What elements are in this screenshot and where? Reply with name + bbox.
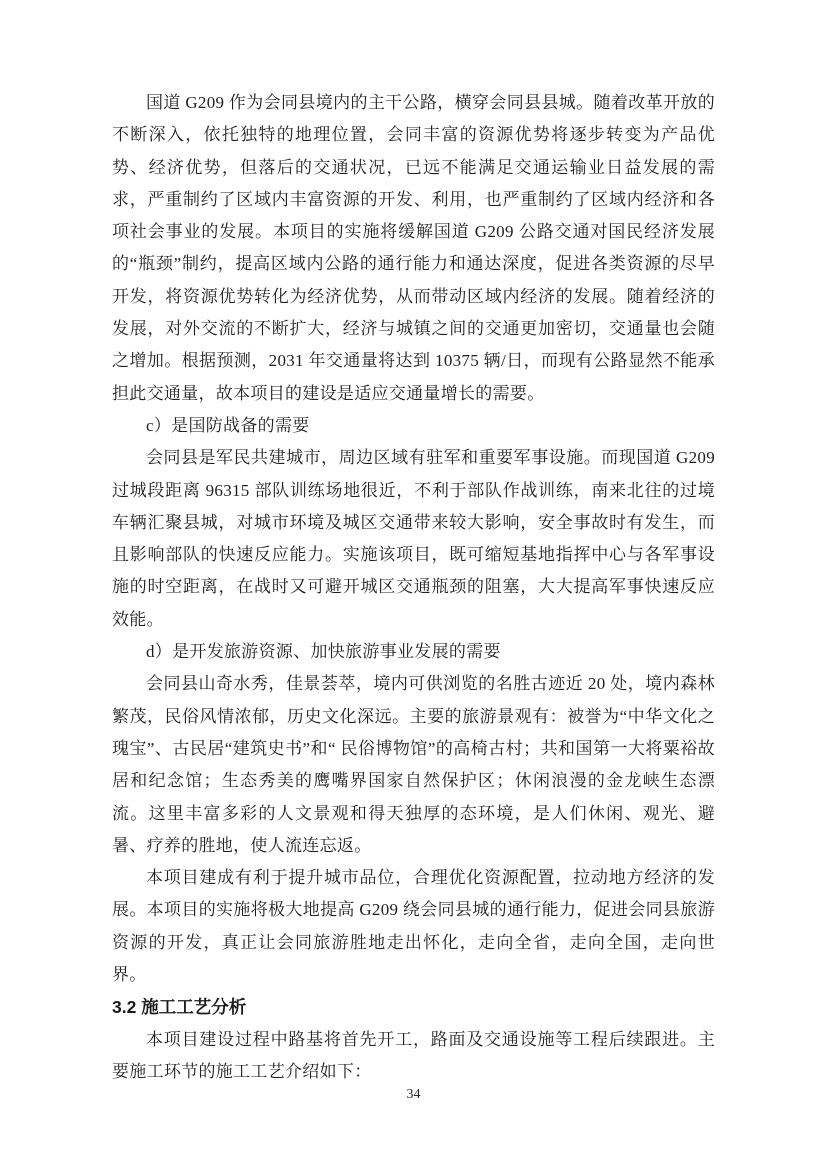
list-item-c-national-defense: c）是国防战备的需要 [112, 410, 715, 442]
paragraph-national-defense-detail: 会同县是军民共建城市，周边区域有驻军和重要军事设施。而现国道 G209 过城段距… [112, 442, 715, 636]
document-page: 国道 G209 作为会同县境内的主干公路，横穿会同县县城。随着改革开放的不断深入… [0, 0, 827, 1169]
paragraph-tourism-detail: 会同县山奇水秀，佳景荟萃，境内可供浏览的名胜古迹近 20 处，境内森林繁茂，民俗… [112, 668, 715, 862]
paragraph-construction-intro: 本项目建设过程中路基将首先开工，路面及交通设施等工程后续跟进。主要施工环节的施工… [112, 1024, 715, 1089]
document-text-block: 国道 G209 作为会同县境内的主干公路，横穿会同县县城。随着改革开放的不断深入… [112, 87, 715, 1088]
page-number: 34 [0, 1086, 827, 1104]
section-heading-3-2: 3.2 施工工艺分析 [112, 991, 715, 1023]
list-item-d-tourism: d）是开发旅游资源、加快旅游事业发展的需要 [112, 636, 715, 668]
paragraph-project-benefit: 本项目建成有利于提升城市品位，合理优化资源配置，拉动地方经济的发展。本项目的实施… [112, 862, 715, 991]
paragraph-g209-traffic-need: 国道 G209 作为会同县境内的主干公路，横穿会同县县城。随着改革开放的不断深入… [112, 87, 715, 410]
